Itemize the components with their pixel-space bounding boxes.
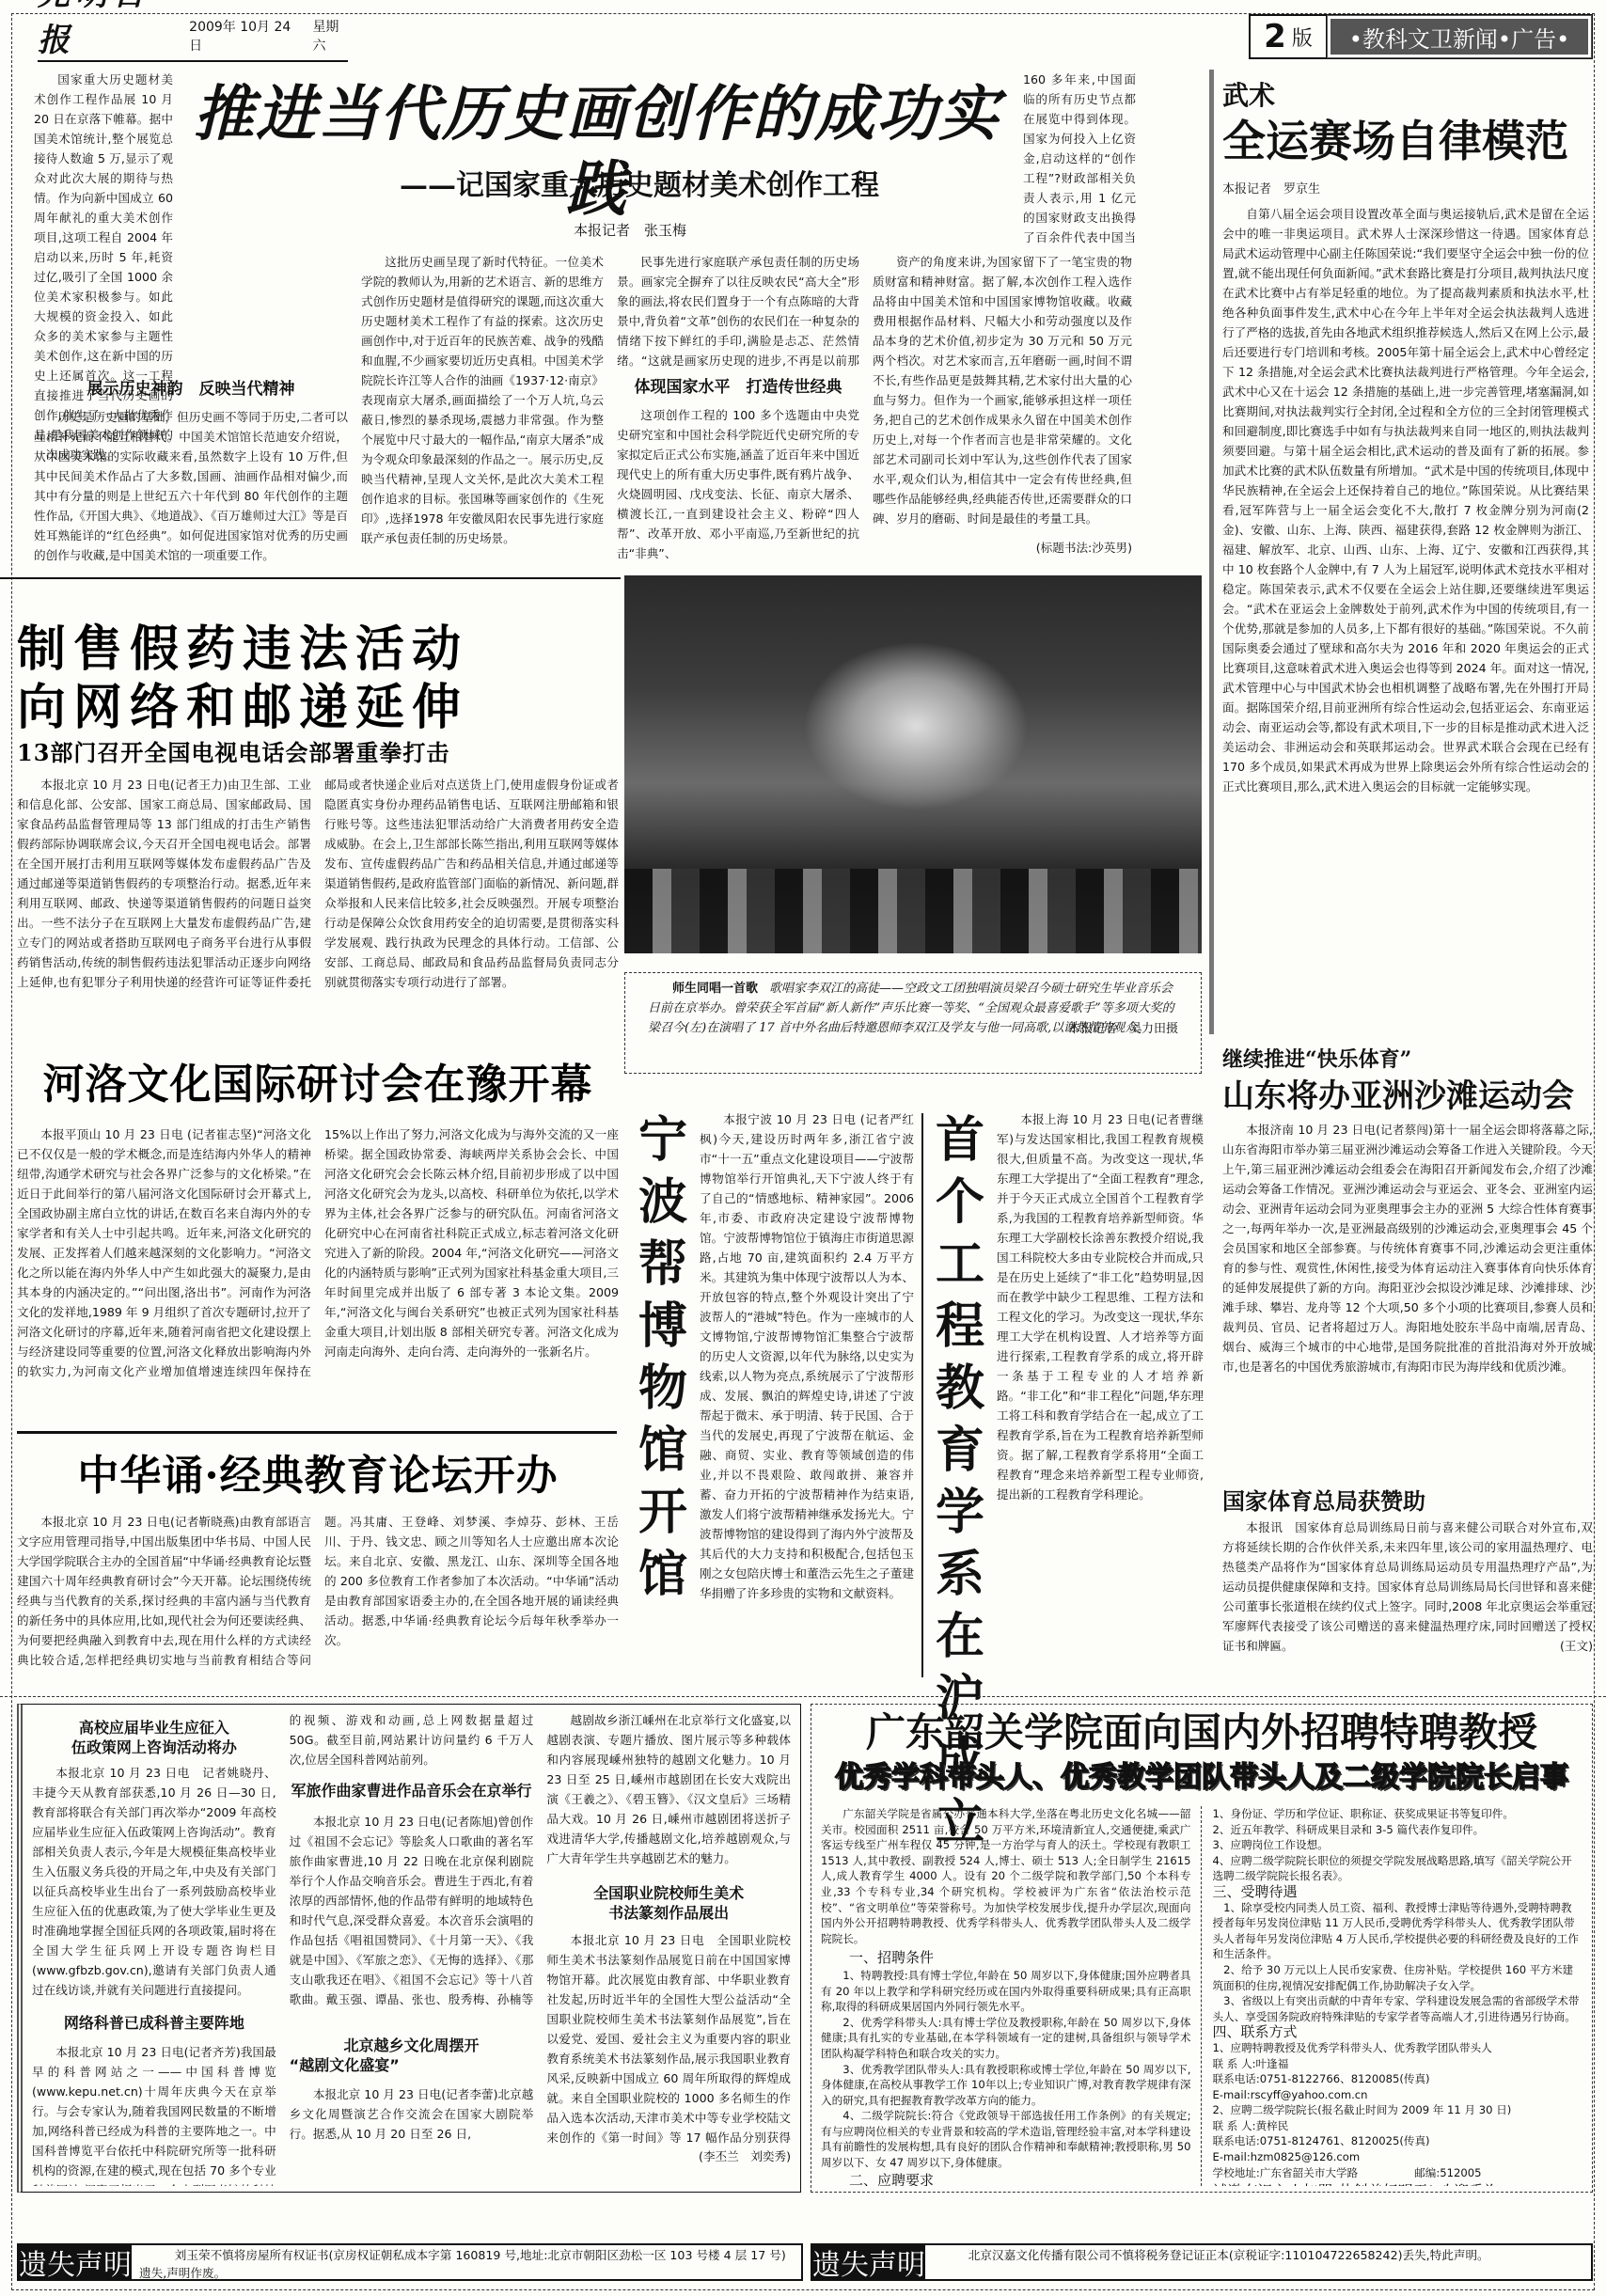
ad-slogan: 诚邀有识之士加盟,共创美好明天! 欢迎垂询。 — [1213, 2184, 1583, 2186]
ad-item: 4、应聘二级学院院长职位的须提交学院发展战略思路,填写《韶关学院公开选聘二级学院… — [1213, 1853, 1583, 1884]
lead-section-head-2: 体现国家水平 打造传世经典 — [617, 378, 859, 398]
lead-section-head-1: 展示历史神韵 反映当代精神 — [34, 380, 348, 400]
lead-subheadline: ——记国家重大历史题材美术创作工程 — [310, 162, 968, 203]
notice-text: 北京汉嘉文化传播有限公司不慎将税务登记证正本(京税证字:110104722658… — [925, 2245, 1591, 2279]
ad-item: 1、除享受校内同类人员工资、福利、教授博士津贴等待遇外,受聘特聘教授者每年另发岗… — [1213, 1900, 1583, 1962]
wushu-byline: 本报记者 罗京生 — [1222, 179, 1589, 197]
shandong-article: 继续推进“快乐体育” 山东将办亚洲沙滩运动会 本报济南 10 月 23 日电(记… — [1222, 1044, 1593, 1496]
lead-col5: 160 多年来,中国面临的所有历史节点都在展览中得到体现。国家为何投入上亿资金,… — [1023, 70, 1136, 248]
ad-postcode: 邮编:512005 — [1414, 2165, 1481, 2181]
section-banner: •教科文卫新闻•广告• — [1328, 16, 1591, 57]
column-divider — [1209, 70, 1214, 1034]
ad-item: 2、近五年教学、科研成果目录和 3-5 篇代表作复印件。 — [1213, 1822, 1583, 1838]
column-divider — [921, 1113, 923, 1677]
engineering-vertical-title: 首个工程教育学系在沪成立 — [929, 1109, 991, 1692]
ad-headline: 广东韶关学院面向国内外招聘特聘教授 — [821, 1708, 1582, 1757]
drugs-headline-2: 向网络和邮递延伸 — [17, 679, 619, 737]
heluo-body: 本报平顶山 10 月 23 日电 (记者崔志坚)“河洛文化已不仅仅是一般的学术概… — [17, 1124, 619, 1418]
issue-date: 2009年 10月 24 日 — [189, 17, 295, 60]
lead-col1: 历史是历史画的基础，但历史画不等同于历史,二者可以互相补充而不能互相替代。中国美… — [34, 407, 348, 565]
lead-col4: 资产的角度来讲,为国家留下了一笔宝贵的物质财富和精神财富。据了解,本次创作工程入… — [873, 252, 1132, 538]
drugs-body: 本报北京 10 月 23 日电(记者王力)由卫生部、工业和信息化部、公安部、国家… — [17, 775, 619, 997]
ad-item: 2、给予 30 万元以上人民币安家费、住房补贴。学校提供 160 平方米建筑面积… — [1213, 1962, 1583, 1993]
zhonghua-headline: 中华诵·经典教育论坛开办 — [17, 1448, 619, 1504]
ad-item: 3、应聘岗位工作设想。 — [1213, 1837, 1583, 1853]
lead-body: 展示历史神韵 反映当代精神 历史是历史画的基础，但历史画不等同于历史,二者可以互… — [34, 252, 1132, 577]
wushu-headline: 全运赛场自律模范 — [1222, 113, 1589, 169]
engineering-body: 本报上海 10 月 23 日电(记者曹继军)与发达国家相比,我国工程教育规模很大… — [997, 1109, 1204, 1692]
ad-item: 2、优秀学科带头人:具有博士学位及教授职称,年龄在 50 周岁以下,身体健康;具… — [821, 2015, 1191, 2062]
edition-number: 2版 — [1251, 16, 1328, 57]
brief4-body: 本报北京 10 月 23 日电(记者李蕾)北京越乡文化周暨演艺合作交流会在国家大… — [290, 2084, 534, 2144]
ad-intro: 广东韶关学院是省属公办普通本科大学,坐落在粤北历史文化名城——韶关市。校园面积 … — [821, 1806, 1191, 1946]
ad-contact2-phone: 联系电话:0751-8124761、8120025(传真) — [1213, 2133, 1583, 2149]
brief5-body: 本报北京 10 月 23 日电 全国职业院校师生美术书法篆刻作品展览日前在中国国… — [546, 1930, 791, 2147]
drugs-article: 制售假药违法活动 向网络和邮递延伸 13部门召开全国电视电话会部署重拳打击 本报… — [17, 621, 619, 997]
heluo-article: 河洛文化国际研讨会在豫开幕 本报平顶山 10 月 23 日电 (记者崔志坚)“河… — [17, 1057, 619, 1418]
ad-item: 1、身份证、学历和学位证、职称证、获奖成果证书等复印件。 — [1213, 1806, 1583, 1822]
lead-headline: 推进当代历史画创作的成功实践 — [183, 77, 1011, 228]
ad-address: 学校地址:广东省韶关市大学路 — [1213, 2165, 1359, 2181]
brief-continued: 的视频、游戏和动画,总上网数据量超过 50G。截至目前,网站累计访问量约 6 千… — [290, 1710, 534, 1769]
wushu-body: 自第八届全运会项目设置改革全面与奥运接轨后,武术是留在全运会中的唯一非奥运项目。… — [1222, 204, 1589, 1013]
brief4-body-cont: 越剧故乡浙江嵊州在北京举行文化盛宴,以越剧表演、专题片播放、图片展示等多种载体和… — [546, 1710, 791, 1868]
ad-contact2-title: 2、应聘二级学院院长(报名截止时间为 2009 年 11 月 30 日) — [1213, 2102, 1583, 2118]
brief3-headline: 军旅作曲家曹进作品音乐会在京举行 — [290, 1781, 534, 1801]
lead-credit: (标题书法:沙英男) — [873, 538, 1132, 558]
sport-bureau-article: 国家体育总局获赞助 本报讯 国家体育总局训练局日前与喜来健公司联合对外宣布,双方… — [1222, 1486, 1593, 1654]
ad-contact1-person: 联 系 人:叶逢福 — [1213, 2056, 1583, 2072]
notice-label: 遗失声明 — [812, 2245, 925, 2279]
concert-photo — [624, 575, 1202, 953]
engineering-article: 首个工程教育学系在沪成立 本报上海 10 月 23 日电(记者曹继军)与发达国家… — [929, 1109, 1204, 1692]
ad-section2: 二、应聘要求 — [849, 2173, 1191, 2186]
ad-contact2-email[interactable]: E-mail:hzm0825@126.com — [1213, 2149, 1583, 2165]
wushu-kicker: 武术 — [1222, 75, 1589, 113]
lead-col2: 这批历史画呈现了新时代特征。一位美术学院的教师认为,用新的艺术语言、新的思维方式… — [361, 252, 604, 577]
ningbo-vertical-title: 宁波帮博物馆开馆 — [632, 1109, 694, 1692]
lost-notice-1: 遗失声明 刘玉荣不慎将房屋所有权证书(京房权证朝私成本字第 160819 号,地… — [17, 2243, 803, 2281]
sport-bureau-headline: 国家体育总局获赞助 — [1222, 1486, 1593, 1518]
zhonghua-article: 中华诵·经典教育论坛开办 本报北京 10 月 23 日电(记者靳晓燕)由教育部语… — [17, 1448, 619, 1691]
brief1-headline-2: 伍政策网上咨询活动将办 — [32, 1738, 276, 1757]
ningbo-article: 宁波帮博物馆开馆 本报宁波 10 月 23 日电 (记者严红枫)今天,建设历时两… — [632, 1109, 914, 1692]
brief3-body: 本报北京 10 月 23 日电(记者陈旭)曾创作过《祖国不会忘记》等脍炙人口歌曲… — [290, 1812, 534, 2009]
ad-contact1-email[interactable]: E-mail:rscyff@yahoo.com.cn — [1213, 2087, 1583, 2103]
divider — [17, 1431, 617, 1434]
brief2-headline: 网络科普已成科普主要阵地 — [32, 2013, 276, 2033]
brief1-headline-1: 高校应届毕业生应征入 — [32, 1718, 276, 1738]
masthead: 光明日报 2009年 10月 24 日 星期六 — [38, 24, 348, 62]
shandong-headline: 山东将办亚洲沙滩运动会 — [1222, 1073, 1593, 1120]
caption-title: 师生同唱一首歌 — [672, 982, 758, 996]
notice-text: 刘玉荣不慎将房屋所有权证书(京房权证朝私成本字第 160819 号,地址:北京市… — [132, 2245, 801, 2279]
lead-byline: 本报记者 张玉梅 — [536, 220, 724, 240]
sport-bureau-body: 本报讯 国家体育总局训练局日前与喜来健公司联合对外宣布,双方将延续长期的合作伙伴… — [1222, 1518, 1593, 1656]
ad-item: 1、特聘教授:具有博士学位,年龄在 50 周岁以下,身体健康;国外应聘者具有 2… — [821, 1968, 1191, 2015]
divider — [0, 1696, 1606, 1697]
lead-col3b: 这项创作工程的 100 多个选题由中央党史研究室和中国社会科学院近代史研究所的专… — [617, 405, 859, 563]
drugs-headline-1: 制售假药违法活动 — [17, 621, 619, 679]
ad-contact2-person: 联 系 人:黄梓民 — [1213, 2118, 1583, 2134]
recruitment-ad: 广东韶关学院面向国内外招聘特聘教授 优秀学科带头人、优秀教学团队带头人及二级学院… — [811, 1704, 1593, 2193]
issue-weekday: 星期六 — [312, 17, 348, 60]
ad-section4: 四、联系方式 — [1213, 2024, 1583, 2040]
ad-subheadline: 优秀学科带头人、优秀教学团队带头人及二级学院院长启事 — [821, 1757, 1582, 1799]
ad-contact1-title: 1、应聘特聘教授及优秀学科带头人、优秀教学团队带头人 — [1213, 2040, 1583, 2056]
photo-caption-box: 师生同唱一首歌歌唱家李双江的高徒——空政文工团独唱演员梁召今硕士研究生毕业音乐会… — [624, 972, 1202, 1074]
ad-item: 3、优秀教学团队带头人:具有教授职称或博士学位,年龄在 50 周岁以下,身体健康… — [821, 2062, 1191, 2109]
brief2-body: 本报北京 10 月 23 日电(记者齐芳)我国最早的科普网站之一——中国科普博览… — [32, 2042, 276, 2186]
ad-section1: 一、招聘条件 — [849, 1950, 1191, 1966]
ad-contact1-phone: 联系电话:0751-8122766、8120085(传真) — [1213, 2071, 1583, 2087]
brief4-headline-1: 北京越乡文化周摆开 — [290, 2036, 534, 2055]
wushu-article: 武术 全运赛场自律模范 本报记者 罗京生 自第八届全运会项目设置改革全面与奥运接… — [1222, 75, 1589, 1013]
lead-col3: 民事先进行家庭联产承包责任制的历史场景。画家完全摒弃了以往反映农民“高大全”形象… — [617, 252, 859, 370]
divider — [0, 577, 621, 579]
brief4-headline-2: “越剧文化盛宴” — [290, 2055, 534, 2075]
ad-item: 4、二级学院院长:符合《党政领导干部选拔任用工作条例》的有关规定;有与应聘岗位相… — [821, 2108, 1191, 2170]
newspaper-logo: 光明日报 — [38, 0, 172, 60]
brief5-headline-2: 书法篆刻作品展出 — [546, 1903, 791, 1923]
shandong-body: 本报济南 10 月 23 日电(记者蔡闯)第十一届全运会即将落幕之际,山东省海阳… — [1222, 1120, 1593, 1496]
brief5-credit: (李丕兰 刘奕秀) — [546, 2147, 791, 2166]
brief5-headline-1: 全国职业院校师生美术 — [546, 1883, 791, 1903]
lost-notice-2: 遗失声明 北京汉嘉文化传播有限公司不慎将税务登记证正本(京税证字:1101047… — [811, 2243, 1593, 2281]
brief1-body: 本报北京 10 月 23 日电 记者姚晓丹、丰捷今天从教育部获悉,10 月 26… — [32, 1763, 276, 2000]
notice-label: 遗失声明 — [19, 2245, 132, 2279]
edition-box: 2版 •教科文卫新闻•广告• — [1249, 14, 1593, 59]
ad-section3: 三、受聘待遇 — [1213, 1884, 1583, 1900]
zhonghua-body: 本报北京 10 月 23 日电(记者靳晓燕)由教育部语言文字应用管理司指导,中国… — [17, 1512, 619, 1691]
ningbo-body: 本报宁波 10 月 23 日电 (记者严红枫)今天,建设历时两年多,浙江省宁波市… — [700, 1109, 914, 1692]
shandong-kicker: 继续推进“快乐体育” — [1222, 1044, 1593, 1073]
heluo-headline: 河洛文化国际研讨会在豫开幕 — [17, 1057, 619, 1113]
briefs-panel: 高校应届毕业生应征入 伍政策网上咨询活动将办 本报北京 10 月 23 日电 记… — [17, 1704, 801, 2193]
drugs-subheadline: 13部门召开全国电视电话会部署重拳打击 — [17, 737, 619, 769]
ad-item: 3、省级以上有突出贡献的中青年专家、学科建设发展急需的省部级学术带头人、享受国务… — [1213, 1993, 1583, 2024]
